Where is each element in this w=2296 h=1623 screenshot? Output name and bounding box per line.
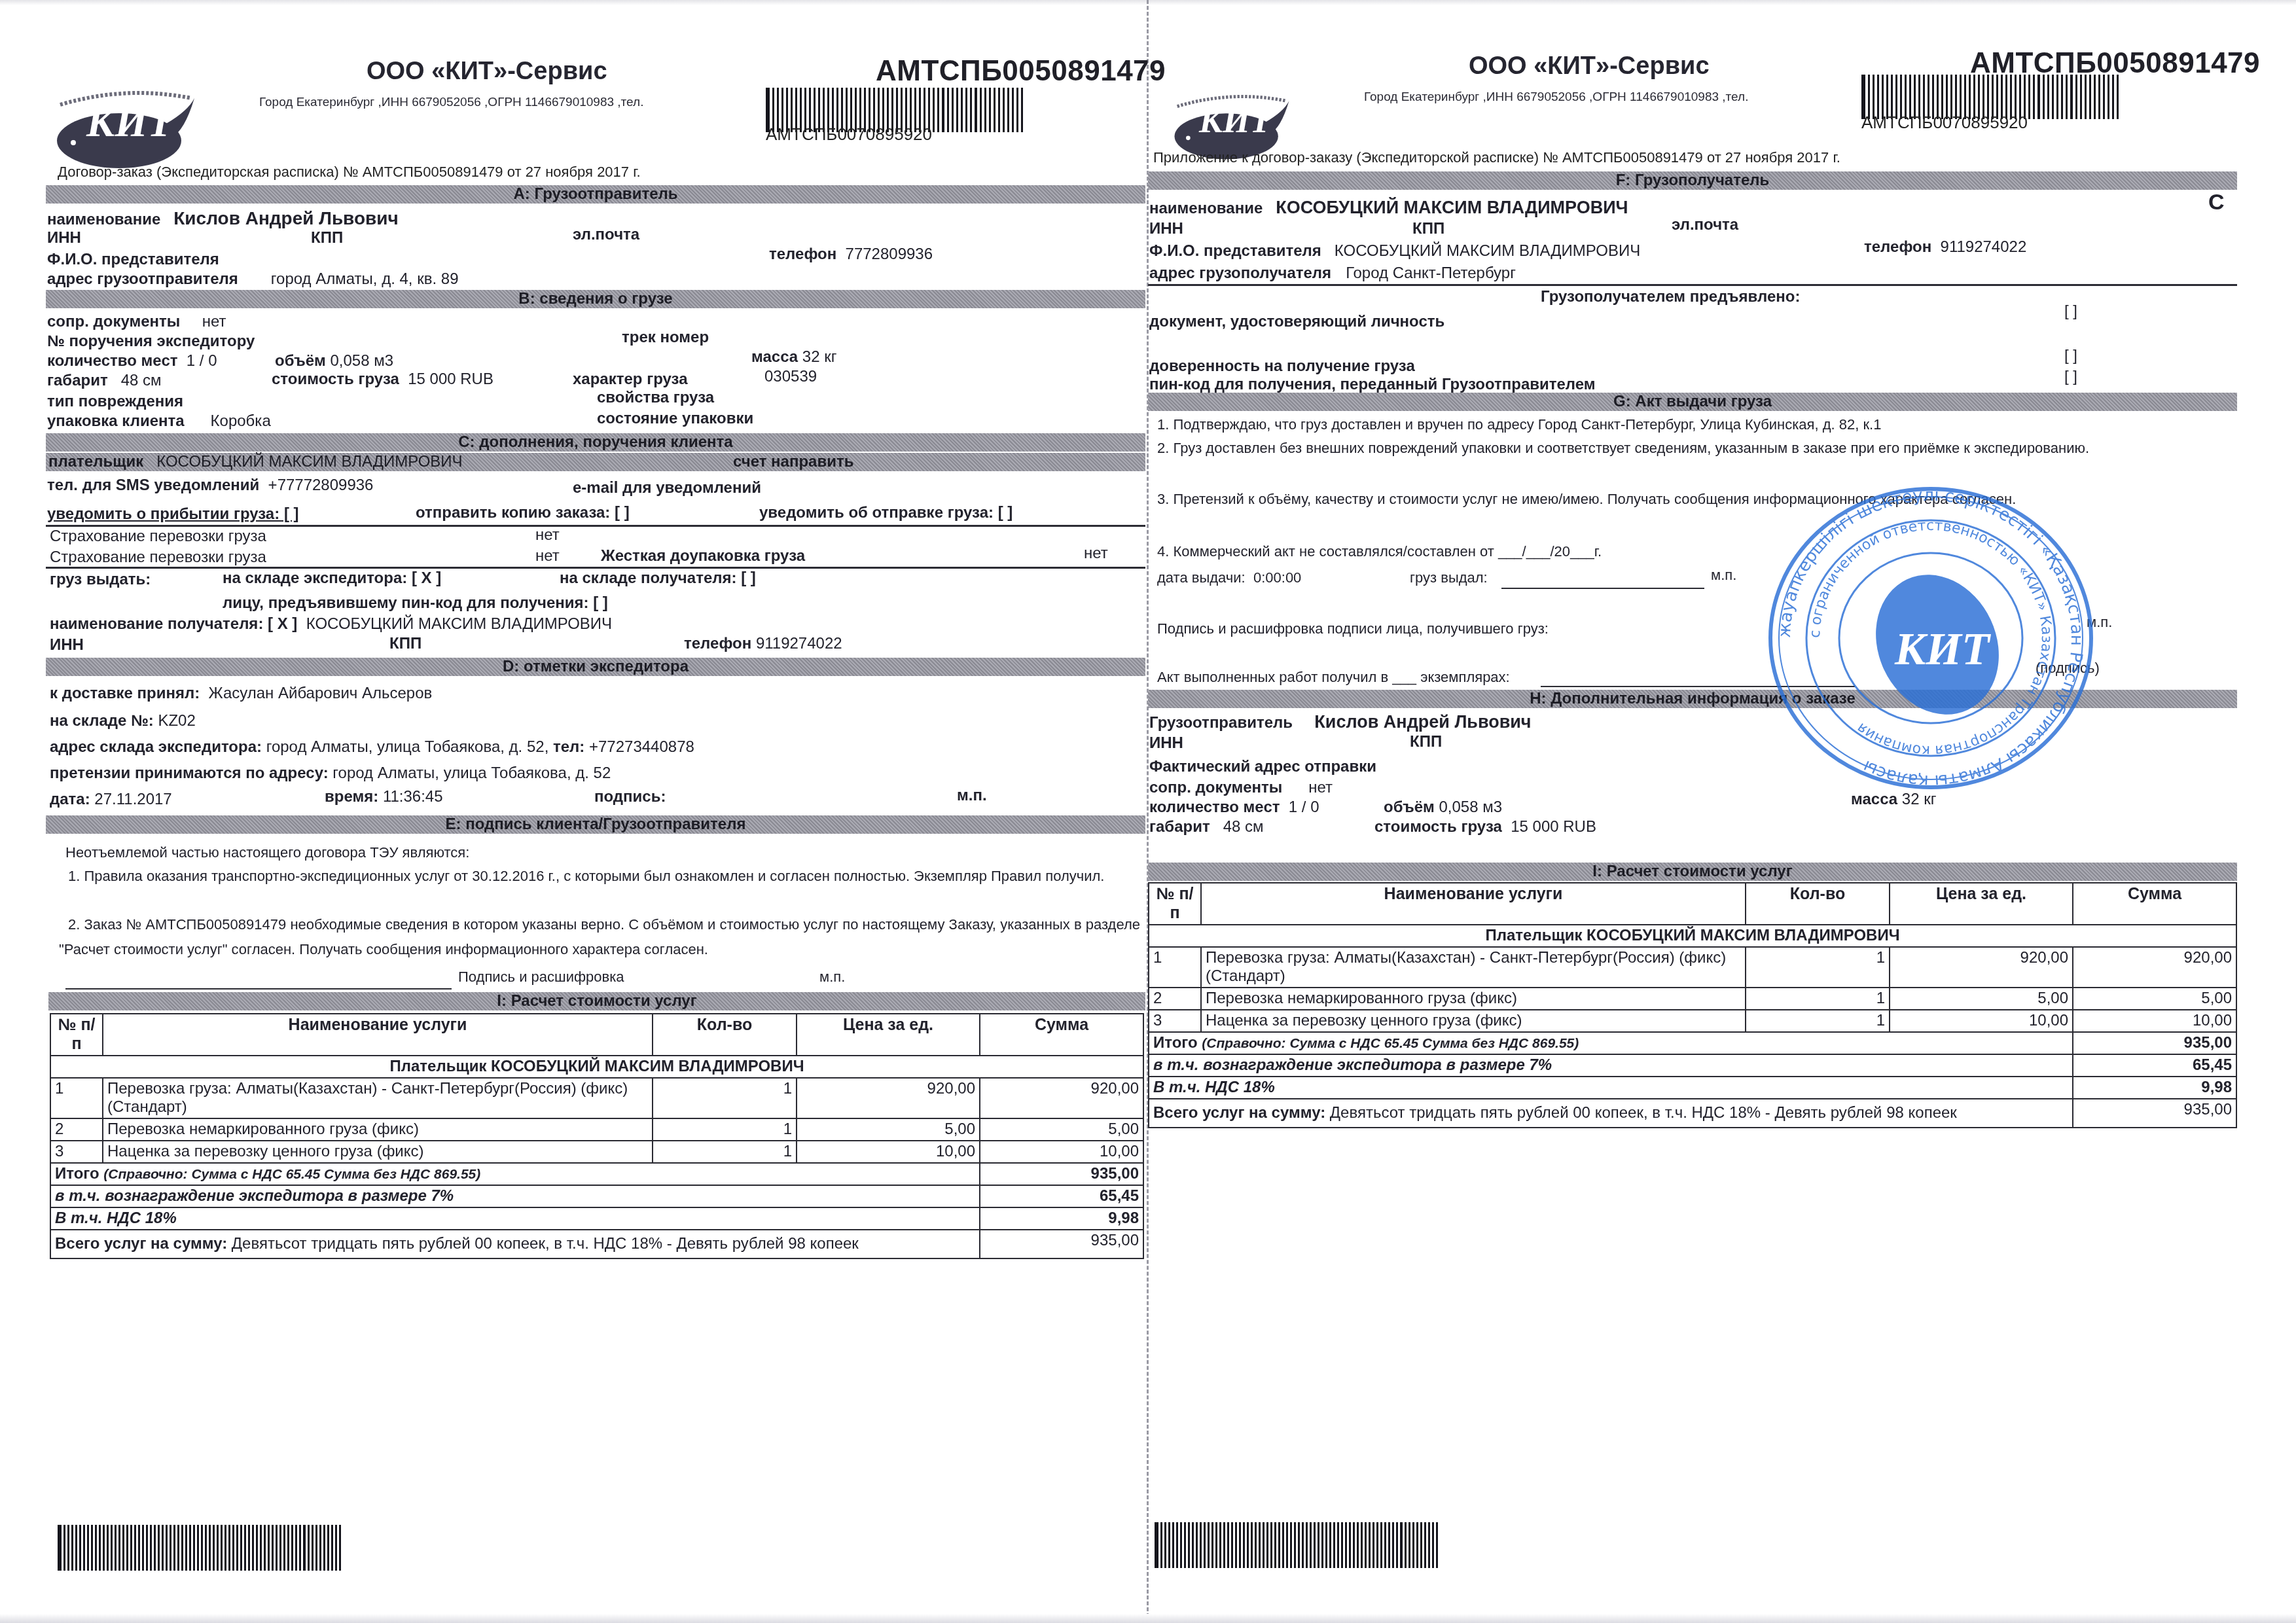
barcode-bar (189, 1525, 191, 1571)
barcode-bar (952, 88, 954, 132)
barcode-bar (2094, 75, 2096, 119)
sms-label: тел. для SMS уведомлений (47, 476, 259, 494)
quantity: 1 (653, 1118, 797, 1141)
divider (1148, 284, 2237, 286)
barcode-bar (1227, 1522, 1229, 1568)
amount-in-words: Всего услуг на сумму: Девятьсот тридцать… (1149, 1099, 2073, 1128)
payer-row: плательщик КОСОБУЦКИЙ МАКСИМ ВЛАДИМРОВИЧ… (46, 453, 1145, 471)
quantity: 1 (1746, 988, 1890, 1010)
barcode-bar (970, 88, 972, 132)
cost-value: 15 000 RUB (408, 370, 493, 388)
barcode-bar (201, 1525, 203, 1571)
line-sum: 5,00 (980, 1118, 1143, 1141)
mass-label: масса (1851, 791, 1897, 808)
warehouse-address-label: адрес склада экспедитора: (50, 738, 262, 756)
barcode-bar (232, 1525, 234, 1571)
mass-label: масса (751, 348, 798, 366)
issue-forwarder-checkbox[interactable]: на складе экспедитора: [ X ] (223, 569, 441, 588)
unit-price: 10,00 (797, 1141, 980, 1163)
barcode-bar (303, 1525, 306, 1571)
barcode-bar (2047, 75, 2049, 119)
forwarder-fee-value: 65,45 (980, 1185, 1143, 1207)
column-header: Цена за ед. (1890, 883, 2073, 925)
barcode-bar (295, 1525, 297, 1571)
barcode-bar (1164, 1522, 1166, 1568)
barcode-bar (193, 1525, 195, 1571)
amount-in-words-value: 935,00 (980, 1230, 1143, 1258)
signature-caption: Подпись и расшифровка (458, 969, 624, 986)
inn-label: ИНН (47, 229, 81, 247)
barcode-bar (111, 1525, 113, 1571)
amount-in-words: Всего услуг на сумму: Девятьсот тридцать… (50, 1230, 980, 1258)
claims-address: город Алматы, улица Тобаякова, д. 52 (332, 764, 611, 782)
barcode-bar (236, 1525, 238, 1571)
barcode-bar (1168, 1522, 1170, 1568)
barcode-bar (276, 1525, 278, 1571)
company-details: Город Екатеринбург ,ИНН 6679052056 ,ОГРН… (259, 96, 643, 110)
issue-receiver-checkbox[interactable]: на складе получателя: [ ] (560, 569, 756, 588)
barcode-bar (2070, 75, 2073, 119)
phone-label: телефон (769, 245, 836, 263)
barcode-bar (1282, 1522, 1284, 1568)
barcode-bar (947, 88, 949, 132)
barcode-bar (1341, 1522, 1343, 1568)
barcode-bar (1424, 1522, 1426, 1568)
barcode-bar (228, 1525, 230, 1571)
section-g-header: G: Акт выдачи груза (1148, 393, 2237, 411)
line-sum: 10,00 (980, 1141, 1143, 1163)
recipient-name-label: наименование (1149, 200, 1263, 217)
barcode-bar (1270, 1522, 1272, 1568)
barcode-bar (87, 1525, 89, 1571)
row-number: 2 (50, 1118, 103, 1141)
barcode-bar (1278, 1522, 1280, 1568)
inn-label: ИНН (1149, 220, 1183, 238)
issue-cargo-label: груз выдать: (50, 571, 151, 589)
kpp-label: КПП (1410, 733, 1442, 751)
kpp-label: КПП (1412, 220, 1444, 238)
barcode-bar (1259, 1522, 1261, 1568)
barcode-bar (134, 1525, 136, 1571)
order-number: АМТСПБ0050891479 (876, 55, 1166, 88)
barcode-bar (213, 1525, 215, 1571)
barcode-bar (1396, 1522, 1398, 1568)
line-sum: 920,00 (980, 1078, 1143, 1118)
service-name: Наценка за перевозку ценного груза (фикс… (1201, 1010, 1746, 1032)
column-header: Наименование услуги (1201, 883, 1746, 925)
barcode-bar (126, 1525, 128, 1571)
barcode-bar (937, 88, 939, 132)
company-details: Город Екатеринбург ,ИНН 6679052056 ,ОГРН… (1364, 90, 1748, 105)
barcode-bar (272, 1525, 274, 1571)
notify-arrival-checkbox[interactable]: уведомить о прибытии груза: [ ] (47, 505, 299, 524)
barcode-bar (1384, 1522, 1386, 1568)
divider (46, 525, 1145, 527)
barcode-bar (1405, 1522, 1407, 1568)
calc-header: I: Расчет стоимости услуг (1148, 863, 2237, 881)
stamp-place-label: м.п. (1711, 567, 1736, 584)
company-name: ООО «КИТ»-Сервис (1469, 52, 1710, 80)
barcode-bar (1329, 1522, 1331, 1568)
kit-whale-logo-icon: КИТ (47, 59, 204, 170)
barcode-bar (71, 1525, 73, 1571)
barcode-bar (2085, 75, 2087, 119)
issue-date-label: дата выдачи: (1157, 569, 1246, 586)
rigid-packaging-label: Жесткая доупаковка груза (601, 547, 805, 565)
barcode-bar (99, 1525, 101, 1571)
service-name: Перевозка груза: Алматы(Казахстан) - Сан… (103, 1078, 653, 1118)
barcode-bar (1184, 1522, 1186, 1568)
service-name: Перевозка немаркированного груза (фикс) (103, 1118, 653, 1141)
recipient-kpp-label: КПП (389, 635, 422, 653)
recipient-value: КОСОБУЦКИЙ МАКСИМ ВЛАДИМРОВИЧ (306, 615, 612, 633)
proxy-label: доверенность на получение груза (1149, 357, 1415, 376)
contract-order-page: КИТ ООО «КИТ»-Сервис Город Екатеринбург … (0, 0, 1148, 1623)
docs-label: сопр. документы (1149, 779, 1282, 796)
services-table: № п/пНаименование услугиКол-воЦена за ед… (1148, 882, 2237, 1128)
barcode-bar (1239, 1522, 1241, 1568)
barcode-bar (1231, 1522, 1233, 1568)
barcode-bar (1321, 1522, 1323, 1568)
barcode-bar (1215, 1522, 1217, 1568)
barcode-bar (1021, 88, 1023, 132)
vat-label: В т.ч. НДС 18% (1149, 1077, 2073, 1099)
phone-label: телефон (1864, 238, 1931, 256)
barcode-bar (1012, 88, 1014, 132)
insurance-label: Страхование перевозки груза (50, 527, 266, 546)
column-header: Наименование услуги (103, 1014, 653, 1056)
barcode-bar (933, 88, 935, 132)
divider (46, 567, 1145, 569)
size-label: габарит (1149, 818, 1210, 836)
svg-text:КИТ: КИТ (86, 99, 175, 145)
quantity: 1 (653, 1141, 797, 1163)
packaging-label: упаковка клиента (47, 412, 185, 430)
barcode-bar (1302, 1522, 1304, 1568)
barcode-bar (91, 1525, 93, 1571)
table-row: 3Наценка за перевозку ценного груза (фик… (1149, 1010, 2236, 1032)
barcode-bar (287, 1525, 289, 1571)
barcode-bar (1286, 1522, 1288, 1568)
volume-label: объём (275, 352, 326, 370)
barcode-bar (2112, 75, 2114, 119)
barcode-bar (1436, 1522, 1438, 1568)
barcode-bar (1372, 1522, 1374, 1568)
barcode-bar (75, 1525, 77, 1571)
barcode-bar (1290, 1522, 1292, 1568)
barcode-bar (283, 1525, 285, 1571)
barcode-bar (146, 1525, 148, 1571)
barcode-bar (1345, 1522, 1347, 1568)
barcode-bar (166, 1525, 168, 1571)
barcode-bar (1325, 1522, 1327, 1568)
barcode-bar (327, 1525, 329, 1571)
barcode-bar (1314, 1522, 1316, 1568)
service-name: Перевозка немаркированного груза (фикс) (1201, 988, 1746, 1010)
barcode-bar (956, 88, 958, 132)
notify-email-label: e-mail для уведомлений (573, 479, 761, 497)
barcode-bar (264, 1525, 266, 1571)
accepted-by-value: Жасулан Айбарович Альсеров (208, 685, 432, 702)
size-value: 48 см (1223, 818, 1264, 836)
barcode-bar (2037, 75, 2040, 119)
date-value: 27.11.2017 (94, 791, 171, 808)
issued-by-label: груз выдал: (1410, 569, 1488, 586)
table-row: 2Перевозка немаркированного груза (фикс)… (1149, 988, 2236, 1010)
line-sum: 5,00 (2073, 988, 2236, 1010)
presented-title: Грузополучателем предъявлено: (1541, 288, 1800, 306)
barcode-bar (2117, 75, 2119, 119)
barcode-bar (2080, 75, 2082, 119)
recipient-phone-label: телефон (684, 635, 751, 652)
barcode-bar (279, 1525, 281, 1571)
barcode-bar (1428, 1522, 1430, 1568)
cost-label: стоимость груза (272, 370, 399, 388)
payer-label: плательщик (48, 453, 143, 471)
barcode-caption: АМТСПБ0070895920 (1861, 113, 2028, 133)
barcode-bar (291, 1525, 293, 1571)
column-header: Кол-во (653, 1014, 797, 1056)
barcode-bar (2028, 75, 2030, 119)
column-header: Сумма (2073, 883, 2236, 925)
row-number: 3 (50, 1141, 103, 1163)
payer-row: Плательщик КОСОБУЦКИЙ МАКСИМ ВЛАДИМРОВИЧ (1149, 925, 2236, 947)
barcode-bar (209, 1525, 211, 1571)
forwarder-fee-value: 65,45 (2073, 1054, 2236, 1077)
payer-value: КОСОБУЦКИЙ МАКСИМ ВЛАДИМРОВИЧ (156, 453, 462, 471)
size-label: габарит (47, 372, 108, 389)
barcode-bar (1306, 1522, 1308, 1568)
barcode-bar (221, 1525, 223, 1571)
kpp-label: КПП (311, 229, 343, 247)
barcode-bar (248, 1525, 250, 1571)
barcode-bar (1192, 1522, 1194, 1568)
barcode-bar (331, 1525, 333, 1571)
docs-label: сопр. документы (47, 313, 180, 330)
warehouse-tel: +77273440878 (589, 738, 694, 756)
document-title: Договор-заказ (Экспедиторская расписка) … (58, 164, 641, 181)
cargo-properties-label: свойства груза (597, 389, 714, 407)
representative-label: Ф.И.О. представителя (47, 251, 219, 269)
barcode-bar (984, 88, 986, 132)
warehouse-value: KZ02 (158, 712, 195, 730)
sender-address: город Алматы, д. 4, кв. 89 (271, 270, 459, 288)
barcode-bar (1357, 1522, 1359, 1568)
barcode-bar (942, 88, 944, 132)
barcode-bar (115, 1525, 117, 1571)
barcode-bar (83, 1525, 85, 1571)
barcode-bar (130, 1525, 132, 1571)
scan-bottom-edge (0, 1614, 2296, 1623)
barcode-bar (975, 88, 977, 132)
pin-code-checkbox[interactable]: [ ] (2064, 368, 2077, 386)
column-header: № п/п (50, 1014, 103, 1056)
bottom-barcode (58, 1525, 414, 1571)
sms-value: +77772809936 (268, 476, 374, 494)
terms-paragraph-2: 2. Заказ № АМТСПБ0050891479 необходимые … (59, 912, 1140, 962)
sender-address-label: адрес грузоотправителя (47, 270, 238, 288)
id-document-checkbox[interactable]: [ ] (2064, 302, 2077, 321)
barcode-bar (1188, 1522, 1190, 1568)
barcode-bar (1200, 1522, 1202, 1568)
barcode-bar (162, 1525, 164, 1571)
proxy-checkbox[interactable]: [ ] (2064, 347, 2077, 365)
forwarder-fee-label: в т.ч. вознаграждение экспедитора в разм… (50, 1185, 980, 1207)
table-row: 2Перевозка немаркированного груза (фикс)… (50, 1118, 1143, 1141)
issued-by-line (1501, 588, 1704, 589)
section-c-header: C: дополнения, поручения клиента (46, 433, 1145, 452)
company-seal-stamp: жауапкершілігі шектеулі серіктестігі «Қа… (1761, 484, 2101, 792)
inn-label: ИНН (1149, 734, 1183, 753)
barcode-bar (1298, 1522, 1300, 1568)
signature-label: подпись: (594, 788, 666, 806)
volume-value: 0,058 м3 (1439, 798, 1502, 816)
send-copy-checkbox[interactable]: отправить копию заказа: [ ] (416, 504, 630, 522)
warehouse-address: город Алматы, улица Тобаякова, д. 52, (266, 738, 549, 756)
barcode-bar (268, 1525, 270, 1571)
barcode-bar (2108, 75, 2109, 119)
barcode-bar (961, 88, 963, 132)
barcode-bar (1219, 1522, 1221, 1568)
recipient-address: Город Санкт-Петербург (1346, 264, 1516, 282)
barcode-bar (224, 1525, 226, 1571)
barcode-bar (150, 1525, 152, 1571)
cost-label: стоимость груза (1374, 818, 1502, 836)
barcode-bar (181, 1525, 183, 1571)
barcode-bar (142, 1525, 144, 1571)
barcode-bar (58, 1525, 62, 1571)
row-number: 3 (1149, 1010, 1201, 1032)
insurance-value: нет (535, 526, 560, 544)
issue-pin-checkbox[interactable]: лицу, предъявившему пин-код для получени… (223, 594, 608, 613)
barcode-bar (1007, 88, 1009, 132)
vat-value: 9,98 (2073, 1077, 2236, 1099)
line-sum: 10,00 (2073, 1010, 2236, 1032)
recipient-phone: 9119274022 (1941, 238, 2027, 256)
company-name: ООО «КИТ»-Сервис (367, 58, 607, 86)
quantity: 1 (1746, 947, 1890, 988)
barcode-bar (989, 88, 991, 132)
notify-dispatch-checkbox[interactable]: уведомить об отправке груза: [ ] (759, 504, 1013, 522)
invoice-label: счет направить (733, 453, 853, 471)
unit-price: 5,00 (1890, 988, 2073, 1010)
barcode-bar (319, 1525, 321, 1571)
barcode-bar (312, 1525, 314, 1571)
email-label: эл.почта (573, 226, 639, 244)
barcode-bar (205, 1525, 207, 1571)
actual-address-label: Фактический адрес отправки (1149, 758, 1376, 776)
stamp-place-label: м.п. (957, 787, 987, 805)
nature-label: характер груза (573, 370, 687, 389)
barcode-bar (1266, 1522, 1268, 1568)
stamp-place-label: м.п. (819, 969, 845, 986)
annex-page: КИТ ООО «КИТ»-Сервис Город Екатеринбург … (1148, 0, 2296, 1623)
barcode-bar (103, 1525, 105, 1571)
barcode-bar (67, 1525, 69, 1571)
vat-value: 9,98 (980, 1207, 1143, 1230)
barcode-bar (1243, 1522, 1245, 1568)
barcode-bar (173, 1525, 175, 1571)
barcode-bar (260, 1525, 262, 1571)
barcode-bar (244, 1525, 246, 1571)
table-row: 3Наценка за перевозку ценного груза (фик… (50, 1141, 1143, 1163)
barcode-bar (1392, 1522, 1394, 1568)
pin-code-label: пин-код для получения, переданный Грузоо… (1149, 376, 1596, 394)
barcode-bar (1155, 1522, 1158, 1568)
barcode-bar (1160, 1522, 1162, 1568)
section-f-header: F: Грузополучатель (1148, 171, 2237, 190)
places-label: количество мест (1149, 798, 1280, 816)
insurance-label-2: Страхование перевозки груза (50, 548, 266, 567)
corner-mark: С (2208, 190, 2225, 215)
column-header: Сумма (980, 1014, 1143, 1056)
damage-type-label: тип повреждения (47, 393, 183, 411)
barcode-bar (240, 1525, 242, 1571)
barcode-bar (2052, 75, 2054, 119)
barcode-bar (256, 1525, 258, 1571)
barcode-bar (2066, 75, 2068, 119)
mass-value: 32 кг (802, 348, 837, 366)
barcode-bar (1172, 1522, 1174, 1568)
packaging-value: Коробка (211, 412, 271, 430)
barcode-bar (2043, 75, 2045, 119)
sender-name: Кислов Андрей Львович (173, 208, 398, 228)
representative-label: Ф.И.О. представителя (1149, 242, 1321, 260)
forwarder-order-label: № поручения экспедитору (47, 332, 255, 351)
table-row: 1Перевозка груза: Алматы(Казахстан) - Са… (50, 1078, 1143, 1118)
section-b-header: B: сведения о грузе (46, 290, 1145, 308)
nature-value: 030539 (764, 368, 817, 386)
column-header: Кол-во (1746, 883, 1890, 925)
recipient-inn-label: ИНН (50, 636, 84, 654)
recipient-address-label: адрес грузополучателя (1149, 264, 1331, 282)
barcode-bar (1420, 1522, 1422, 1568)
barcode-bar (2033, 75, 2035, 119)
total-label: Итого (Справочно: Сумма с НДС 65.45 Сумм… (1149, 1032, 2073, 1054)
barcode-bar (965, 88, 967, 132)
sender-name: Кислов Андрей Львович (1314, 712, 1531, 732)
unit-price: 5,00 (797, 1118, 980, 1141)
quantity: 1 (653, 1078, 797, 1118)
recipient-phone: 9119274022 (756, 635, 842, 652)
column-header: № п/п (1149, 883, 1201, 925)
places-value: 1 / 0 (1289, 798, 1319, 816)
vat-label: В т.ч. НДС 18% (50, 1207, 980, 1230)
terms-intro: Неотъемлемой частью настоящего договора … (65, 840, 1139, 865)
barcode-bar (2103, 75, 2105, 119)
places-label: количество мест (47, 352, 177, 370)
barcode-bar (994, 88, 996, 132)
unit-price: 10,00 (1890, 1010, 2073, 1032)
packaging-state-label: состояние упаковки (597, 410, 753, 428)
service-name: Перевозка груза: Алматы(Казахстан) - Сан… (1201, 947, 1746, 988)
line-sum: 920,00 (2073, 947, 2236, 988)
barcode-bar (1294, 1522, 1296, 1568)
barcode-bar (1408, 1522, 1410, 1568)
date-label: дата: (50, 791, 90, 808)
total-label: Итого (Справочно: Сумма с НДС 65.45 Сумм… (50, 1163, 980, 1185)
recipient-checkbox[interactable]: наименование получателя: [ X ] (50, 615, 297, 633)
quantity: 1 (1746, 1010, 1890, 1032)
barcode-bar (299, 1525, 301, 1571)
unit-price: 920,00 (1890, 947, 2073, 988)
row-number: 1 (1149, 947, 1201, 988)
email-label: эл.почта (1672, 216, 1738, 234)
barcode-bar (1337, 1522, 1339, 1568)
sender-phone: 7772809936 (846, 245, 933, 263)
barcode-bar (118, 1525, 120, 1571)
barcode-bar (1365, 1522, 1367, 1568)
